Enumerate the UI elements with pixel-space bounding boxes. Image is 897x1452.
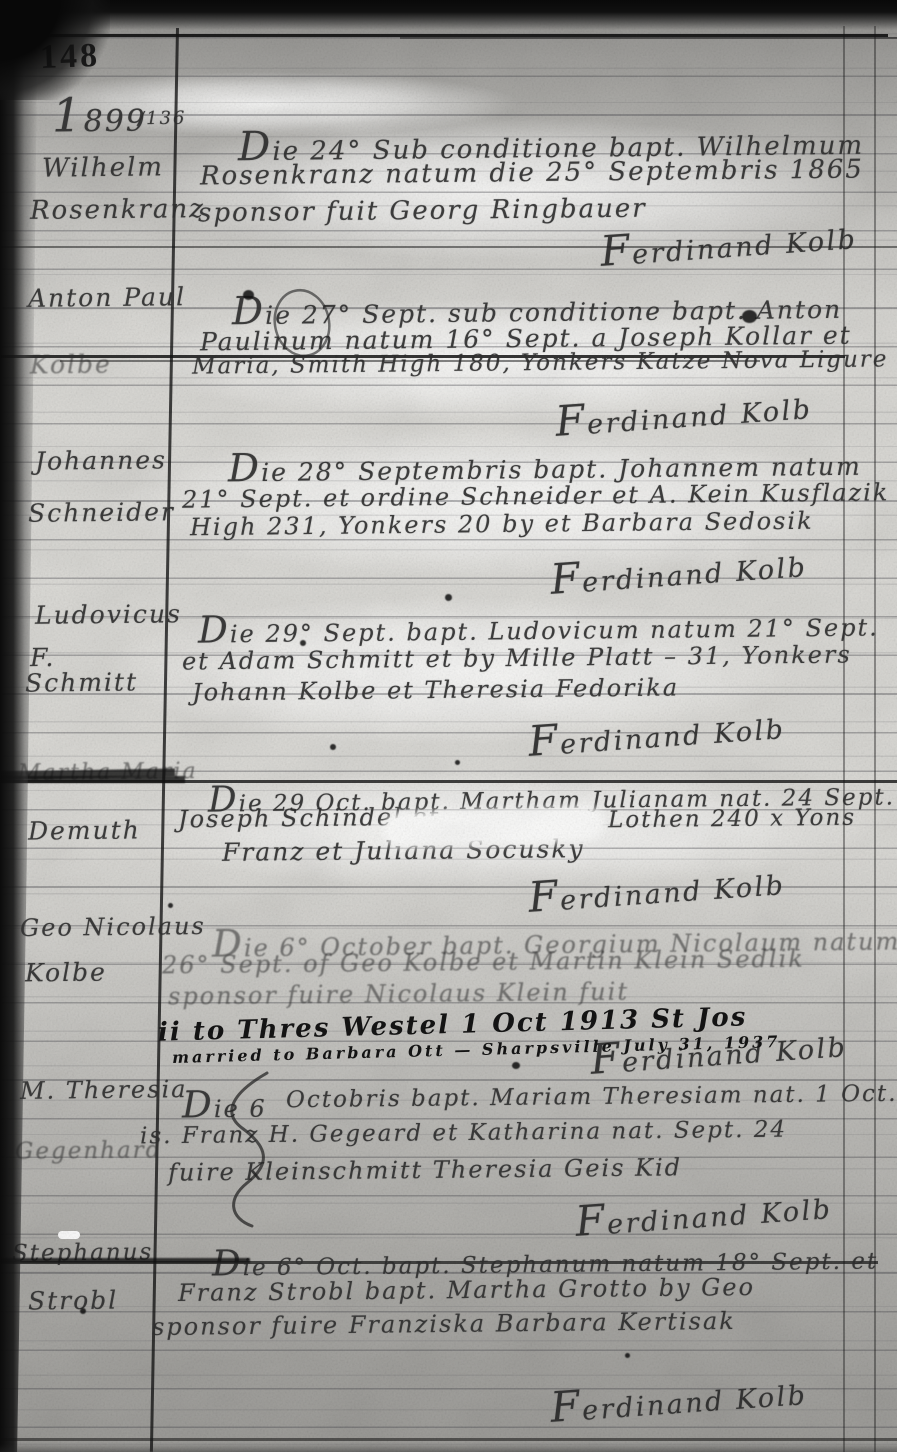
- entry-8-body-line: Franz Strobl bapt. Martha Grotto by Geo: [178, 1273, 755, 1307]
- entry-2-margin-name: Anton Paul: [28, 282, 186, 313]
- entry-7-body-line: Octobris bapt. Mariam Theresiam nat. 1 O…: [286, 1081, 897, 1113]
- year-label: 1899: [52, 88, 147, 143]
- entry-7-priest-signature: Ferdinand Kolb: [574, 1179, 834, 1246]
- ink-blot: [742, 310, 757, 323]
- entry-6-margin-name: Kolbe: [25, 958, 107, 988]
- heavy-rule: [28, 34, 888, 37]
- ink-blot: [512, 1062, 520, 1069]
- heavy-rule: [400, 37, 897, 39]
- calligraphic-flourish: [212, 1068, 282, 1233]
- entry-8-body-line: sponsor fuire Franziska Barbara Kertisak: [152, 1307, 736, 1341]
- scan-edge-bottom: [0, 1444, 897, 1452]
- entry-3-margin-name: Johannes: [35, 445, 167, 475]
- entry-8-margin-name: Strobl: [28, 1286, 118, 1316]
- entry-2-priest-signature: Ferdinand Kolb: [554, 379, 814, 446]
- entry-4-body-line: Johann Kolbe et Theresia Fedorika: [192, 673, 679, 706]
- calligraphic-flourish: [268, 285, 342, 363]
- entry-7-margin-name: M. Theresia: [20, 1075, 188, 1105]
- entry-4-margin-name: Ludovicus: [35, 599, 182, 630]
- entry-4-priest-signature: Ferdinand Kolb: [527, 699, 787, 766]
- entry-1-margin-name: Rosenkranz: [30, 194, 205, 226]
- entry-6-body-line: 26° Sept. of Geo Kolbe et Martin Klein S…: [162, 945, 805, 980]
- entry-4-body-line: et Adam Schmitt et by Mille Platt – 31, …: [182, 640, 852, 675]
- entry-3-body-line: High 231, Yonkers 20 by et Barbara Sedos…: [190, 507, 814, 542]
- entry-6-body-line: sponsor fuire Nicolaus Klein fuit: [168, 978, 629, 1011]
- heavy-rule: [0, 1438, 897, 1441]
- entry-1-body-line: sponsor fuit Georg Ringbauer: [198, 194, 647, 229]
- ink-blot: [243, 290, 254, 300]
- ink-blot: [625, 1353, 630, 1358]
- ink-smear: [0, 1258, 250, 1263]
- entry-4-margin-name: Schmitt: [25, 667, 138, 697]
- entry-number-label: /136: [138, 108, 187, 130]
- scanned-register-page: 148 1899 /136 Die 24° Sub conditione bap…: [0, 0, 897, 1452]
- entry-1-body-line: Rosenkranz natum die 25° Septembris 1865: [200, 155, 864, 192]
- entry-6-margin-name: Geo Nicolaus: [20, 912, 206, 942]
- ink-blot: [300, 640, 306, 646]
- entry-7-margin-name: Gegenhard: [15, 1137, 163, 1165]
- entry-1-margin-name: Wilhelm: [42, 152, 164, 183]
- ink-blot: [455, 760, 460, 765]
- ink-blot: [330, 744, 336, 750]
- page-number: 148: [39, 37, 100, 77]
- entry-8-priest-signature: Ferdinand Kolb: [549, 1365, 809, 1432]
- entry-3-margin-name: Schneider: [28, 497, 175, 528]
- entry-5-body-line: Lothen 240 x Yons: [608, 805, 856, 834]
- ink-blot: [80, 1308, 86, 1314]
- vertical-rule-main: [150, 28, 179, 1452]
- scan-edge-top: [0, 0, 897, 30]
- entry-5-margin-name: Demuth: [28, 815, 141, 845]
- ink-blot: [445, 594, 452, 601]
- entry-2-margin-name-struck: Kolbe: [30, 350, 112, 380]
- white-out-mark: [58, 1231, 80, 1239]
- ink-blot: [168, 903, 173, 908]
- entry-5-priest-signature: Ferdinand Kolb: [527, 855, 787, 922]
- entry-3-priest-signature: Ferdinand Kolb: [549, 537, 809, 604]
